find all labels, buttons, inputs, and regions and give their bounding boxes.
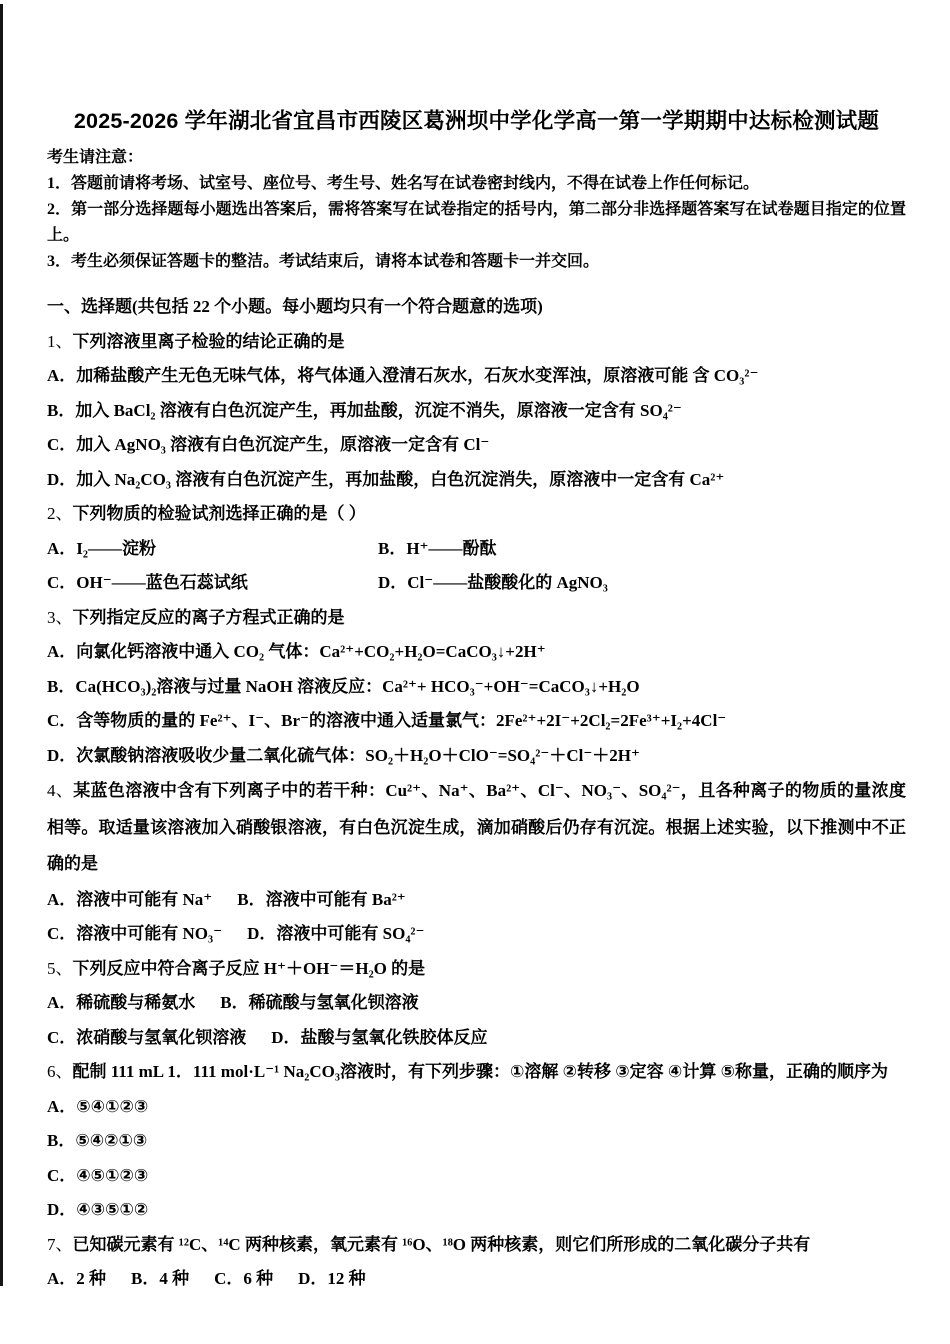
question-6-option-d: D．④③⑤①②	[47, 1193, 906, 1228]
question-2-option-a: A．I₂——淀粉	[47, 532, 378, 567]
question-4-options-row-2: C．溶液中可能有 NO₃⁻D．溶液中可能有 SO₄²⁻	[47, 917, 906, 952]
question-4: 4、某蓝色溶液中含有下列离子中的若干种：Cu²⁺、Na⁺、Ba²⁺、Cl⁻、NO…	[47, 773, 906, 952]
question-5-options-row-1: A．稀硫酸与稀氨水B．稀硫酸与氢氧化钡溶液	[47, 986, 906, 1021]
question-6-option-b: B．⑤④②①③	[47, 1124, 906, 1159]
question-2-number: 2、	[47, 504, 73, 523]
question-6-stem-text: 配制 111 mL 1．111 mol·L⁻¹ Na₂CO₃溶液时，有下列步骤：…	[73, 1062, 888, 1081]
question-1-stem: 1、下列溶液里离子检验的结论正确的是	[47, 325, 906, 360]
question-7-option-d: D．12 种	[298, 1262, 366, 1297]
notice-section: 考生请注意： 1．答题前请将考场、试室号、座位号、考生号、姓名写在试卷密封线内，…	[47, 145, 906, 275]
question-6-stem: 6、配制 111 mL 1．111 mol·L⁻¹ Na₂CO₃溶液时，有下列步…	[47, 1055, 906, 1090]
question-7-option-a: A．2 种	[47, 1262, 106, 1297]
question-3-option-a: A．向氯化钙溶液中通入 CO₂ 气体：Ca²⁺+CO₂+H₂O=CaCO₃↓+2…	[47, 635, 906, 670]
question-6: 6、配制 111 mL 1．111 mol·L⁻¹ Na₂CO₃溶液时，有下列步…	[47, 1055, 906, 1228]
section-heading: 一、选择题(共包括 22 个小题。每小题均只有一个符合题意的选项)	[47, 290, 906, 325]
question-1-option-a: A．加稀盐酸产生无色无味气体，将气体通入澄清石灰水，石灰水变浑浊，原溶液可能 含…	[47, 359, 906, 394]
notice-item-1: 1．答题前请将考场、试室号、座位号、考生号、姓名写在试卷密封线内，不得在试卷上作…	[47, 171, 906, 197]
question-4-number: 4、	[47, 781, 73, 800]
question-2-option-c: C．OH⁻——蓝色石蕊试纸	[47, 566, 378, 601]
question-3-number: 3、	[47, 608, 73, 627]
question-7-option-c: C．6 种	[214, 1262, 273, 1297]
notice-heading: 考生请注意：	[47, 145, 906, 171]
question-3-stem-text: 下列指定反应的离子方程式正确的是	[73, 608, 345, 627]
question-6-number: 6、	[47, 1062, 73, 1081]
question-4-option-a: A．溶液中可能有 Na⁺	[47, 883, 212, 918]
question-4-option-b: B．溶液中可能有 Ba²⁺	[237, 883, 406, 918]
question-1-option-b: B．加入 BaCl₂ 溶液有白色沉淀产生，再加盐酸，沉淀不消失，原溶液一定含有 …	[47, 394, 906, 429]
page-title: 2025-2026 学年湖北省宜昌市西陵区葛洲坝中学化学高一第一学期期中达标检测…	[47, 0, 906, 137]
question-2-stem: 2、下列物质的检验试剂选择正确的是（ ）	[47, 497, 906, 532]
question-3-option-c: C．含等物质的量的 Fe²⁺、I⁻、Br⁻的溶液中通入适量氯气：2Fe²⁺+2I…	[47, 704, 906, 739]
question-3: 3、下列指定反应的离子方程式正确的是 A．向氯化钙溶液中通入 CO₂ 气体：Ca…	[47, 601, 906, 774]
question-4-option-c: C．溶液中可能有 NO₃⁻	[47, 917, 222, 952]
question-7-options-row: A．2 种B．4 种C．6 种D．12 种	[47, 1262, 906, 1297]
question-1-stem-text: 下列溶液里离子检验的结论正确的是	[73, 332, 345, 351]
question-3-option-b: B．Ca(HCO₃)₂溶液与过量 NaOH 溶液反应：Ca²⁺+ HCO₃⁻+O…	[47, 670, 906, 705]
question-4-options-row-1: A．溶液中可能有 Na⁺B．溶液中可能有 Ba²⁺	[47, 883, 906, 918]
page-content: 2025-2026 学年湖北省宜昌市西陵区葛洲坝中学化学高一第一学期期中达标检测…	[0, 0, 950, 1297]
question-1-number: 1、	[47, 332, 73, 351]
question-5: 5、下列反应中符合离子反应 H⁺＋OH⁻＝H₂O 的是 A．稀硫酸与稀氨水B．稀…	[47, 952, 906, 1056]
question-1-option-d: D．加入 Na₂CO₃ 溶液有白色沉淀产生，再加盐酸，白色沉淀消失，原溶液中一定…	[47, 463, 906, 498]
question-7-option-b: B．4 种	[131, 1262, 189, 1297]
question-5-stem-text: 下列反应中符合离子反应 H⁺＋OH⁻＝H₂O 的是	[73, 959, 426, 978]
question-2: 2、下列物质的检验试剂选择正确的是（ ） A．I₂——淀粉 B．H⁺——酚酞 C…	[47, 497, 906, 601]
question-3-stem: 3、下列指定反应的离子方程式正确的是	[47, 601, 906, 636]
question-3-option-d: D．次氯酸钠溶液吸收少量二氧化硫气体：SO₂＋H₂O＋ClO⁻=SO₄²⁻＋Cl…	[47, 739, 906, 774]
question-5-option-c: C．浓硝酸与氢氧化钡溶液	[47, 1021, 246, 1056]
question-6-option-c: C．④⑤①②③	[47, 1159, 906, 1194]
question-2-options-grid: A．I₂——淀粉 B．H⁺——酚酞 C．OH⁻——蓝色石蕊试纸 D．Cl⁻——盐…	[47, 532, 906, 601]
question-1: 1、下列溶液里离子检验的结论正确的是 A．加稀盐酸产生无色无味气体，将气体通入澄…	[47, 325, 906, 498]
scan-edge-line	[0, 4, 3, 1286]
question-5-option-d: D．盐酸与氢氧化铁胶体反应	[271, 1021, 487, 1056]
question-7: 7、已知碳元素有 ¹²C、¹⁴C 两种核素，氧元素有 ¹⁶O、¹⁸O 两种核素，…	[47, 1228, 906, 1297]
question-5-number: 5、	[47, 959, 73, 978]
question-4-stem: 4、某蓝色溶液中含有下列离子中的若干种：Cu²⁺、Na⁺、Ba²⁺、Cl⁻、NO…	[47, 773, 906, 883]
question-4-option-d: D．溶液中可能有 SO₄²⁻	[247, 917, 424, 952]
question-5-options-row-2: C．浓硝酸与氢氧化钡溶液D．盐酸与氢氧化铁胶体反应	[47, 1021, 906, 1056]
question-2-stem-text: 下列物质的检验试剂选择正确的是（ ）	[73, 504, 366, 523]
notice-item-2: 2．第一部分选择题每小题选出答案后，需将答案写在试卷指定的括号内，第二部分非选择…	[47, 197, 906, 249]
question-5-stem: 5、下列反应中符合离子反应 H⁺＋OH⁻＝H₂O 的是	[47, 952, 906, 987]
question-7-stem-text: 已知碳元素有 ¹²C、¹⁴C 两种核素，氧元素有 ¹⁶O、¹⁸O 两种核素，则它…	[73, 1235, 811, 1254]
question-1-option-c: C．加入 AgNO₃ 溶液有白色沉淀产生，原溶液一定含有 Cl⁻	[47, 428, 906, 463]
exam-paper-page: 2025-2026 学年湖北省宜昌市西陵区葛洲坝中学化学高一第一学期期中达标检测…	[0, 0, 950, 1344]
question-5-option-a: A．稀硫酸与稀氨水	[47, 986, 195, 1021]
notice-item-3: 3．考生必须保证答题卡的整洁。考试结束后，请将本试卷和答题卡一并交回。	[47, 249, 906, 275]
question-5-option-b: B．稀硫酸与氢氧化钡溶液	[220, 986, 418, 1021]
question-6-option-a: A．⑤④①②③	[47, 1090, 906, 1125]
question-7-number: 7、	[47, 1235, 73, 1254]
question-2-option-d: D．Cl⁻——盐酸酸化的 AgNO₃	[378, 566, 906, 601]
question-7-stem: 7、已知碳元素有 ¹²C、¹⁴C 两种核素，氧元素有 ¹⁶O、¹⁸O 两种核素，…	[47, 1228, 906, 1263]
question-4-stem-text: 某蓝色溶液中含有下列离子中的若干种：Cu²⁺、Na⁺、Ba²⁺、Cl⁻、NO₃⁻…	[47, 781, 906, 873]
question-2-option-b: B．H⁺——酚酞	[378, 532, 906, 567]
